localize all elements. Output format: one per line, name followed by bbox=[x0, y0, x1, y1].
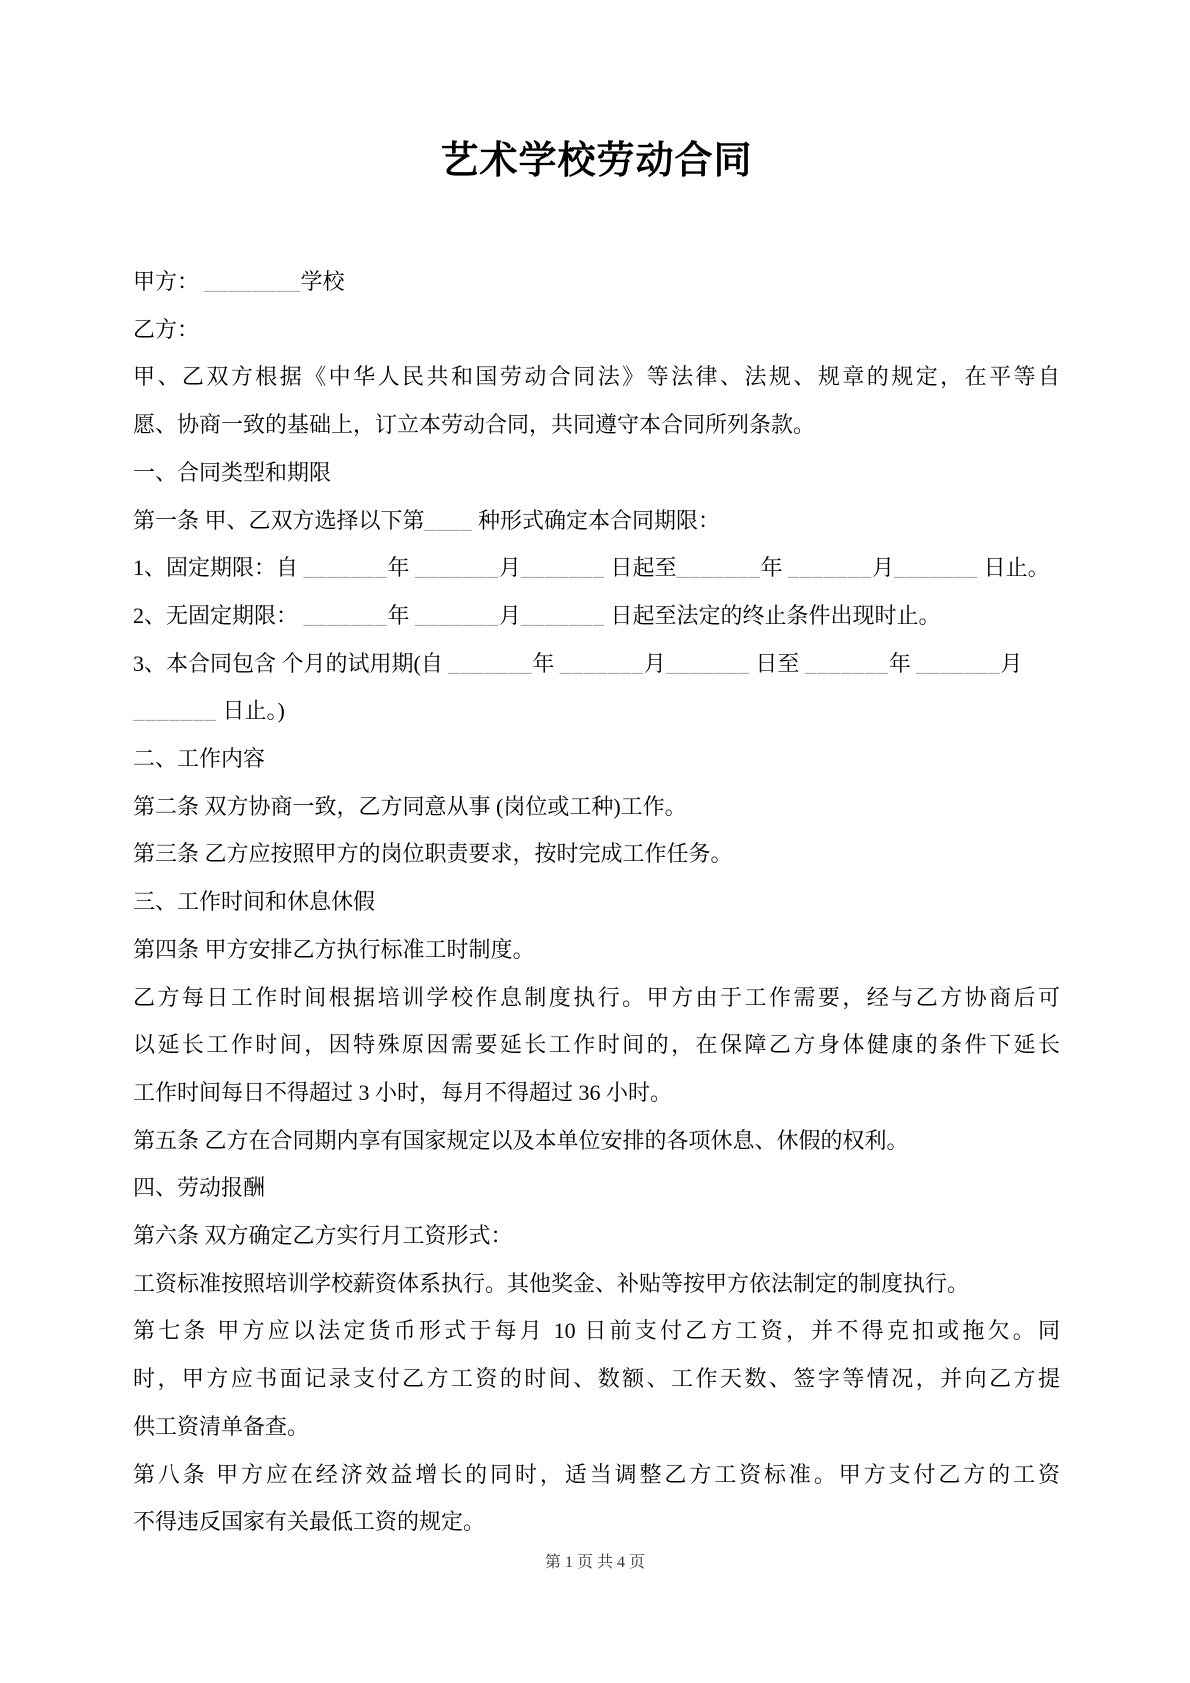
contract-line: 三、工作时间和休息休假 bbox=[133, 878, 1060, 926]
text-run: 甲、乙双方根据《中华人民共和国劳动合同法》等法律、法规、规章的规定，在平等自 bbox=[133, 364, 1060, 389]
text-run: 日止。 bbox=[978, 555, 1050, 580]
text-run: 年 bbox=[889, 651, 917, 676]
text-run: 第四条 甲方安排乙方执行标准工时制度。 bbox=[133, 937, 535, 962]
text-run: 月 bbox=[499, 555, 521, 580]
text-run: 2、无固定期限： bbox=[133, 603, 304, 628]
text-run: 学校 bbox=[301, 269, 345, 294]
text-run: 月 bbox=[1000, 651, 1022, 676]
contract-line: 甲方： ________学校 bbox=[133, 258, 1060, 306]
text-run: 月 bbox=[644, 651, 666, 676]
contract-line: 第六条 双方确定乙方实行月工资形式： bbox=[133, 1212, 1060, 1260]
text-run: 工资标准按照培训学校薪资体系执行。其他奖金、补贴等按甲方依法制定的制度执行。 bbox=[133, 1271, 969, 1296]
text-run: 乙方每日工作时间根据培训学校作息制度执行。甲方由于工作需要，经与乙方协商后可 bbox=[133, 985, 1060, 1010]
contract-line: 3、本合同包含 个月的试用期(自 _______年 _______月______… bbox=[133, 640, 1060, 688]
blank-field: _______ bbox=[805, 651, 889, 676]
text-run: 3、本合同包含 个月的试用期(自 bbox=[133, 651, 448, 676]
blank-field: _______ bbox=[448, 651, 532, 676]
contract-line: 第二条 双方协商一致，乙方同意从事 (岗位或工种)工作。 bbox=[133, 783, 1060, 831]
text-run: 第五条 乙方在合同期内享有国家规定以及本单位安排的各项休息、休假的权利。 bbox=[133, 1128, 909, 1153]
text-run: 年 bbox=[388, 555, 416, 580]
contract-line: 愿、协商一致的基础上，订立本劳动合同，共同遵守本合同所列条款。 bbox=[133, 401, 1060, 449]
contract-line: 第八条 甲方应在经济效益增长的同时，适当调整乙方工资标准。甲方支付乙方的工资 bbox=[133, 1451, 1060, 1499]
contract-line: _______ 日止。) bbox=[133, 687, 1060, 735]
contract-body: 甲方： ________学校乙方：甲、乙双方根据《中华人民共和国劳动合同法》等法… bbox=[133, 258, 1060, 1546]
text-run: 日起至法定的终止条件出现时止。 bbox=[605, 603, 941, 628]
blank-field: _______ bbox=[788, 555, 872, 580]
blank-field: _______ bbox=[677, 555, 761, 580]
contract-line: 不得违反国家有关最低工资的规定。 bbox=[133, 1498, 1060, 1546]
text-run: 第三条 乙方应按照甲方的岗位职责要求，按时完成工作任务。 bbox=[133, 841, 733, 866]
text-run: 日起至 bbox=[605, 555, 677, 580]
text-run: 三、工作时间和休息休假 bbox=[133, 889, 375, 914]
page-title: 艺术学校劳动合同 bbox=[133, 140, 1060, 182]
text-run: 愿、协商一致的基础上，订立本劳动合同，共同遵守本合同所列条款。 bbox=[133, 412, 815, 437]
text-run: 二、工作内容 bbox=[133, 746, 265, 771]
blank-field: _______ bbox=[304, 603, 388, 628]
text-run: 日止。) bbox=[217, 698, 285, 723]
text-run: 时，甲方应书面记录支付乙方工资的时间、数额、工作天数、签字等情况，并向乙方提 bbox=[133, 1366, 1060, 1391]
blank-field: _______ bbox=[521, 603, 605, 628]
text-run: 第一条 甲、乙双方选择以下第 bbox=[133, 508, 425, 533]
blank-field: _______ bbox=[894, 555, 978, 580]
blank-field: ____ bbox=[425, 508, 473, 533]
text-run: 日至 bbox=[750, 651, 805, 676]
text-run: 年 bbox=[761, 555, 789, 580]
blank-field: _______ bbox=[666, 651, 750, 676]
contract-line: 第五条 乙方在合同期内享有国家规定以及本单位安排的各项休息、休假的权利。 bbox=[133, 1117, 1060, 1165]
blank-field: _______ bbox=[415, 555, 499, 580]
text-run: 四、劳动报酬 bbox=[133, 1175, 265, 1200]
text-run: 供工资清单备查。 bbox=[133, 1414, 309, 1439]
text-run: 工作时间每日不得超过 3 小时，每月不得超过 36 小时。 bbox=[133, 1080, 672, 1105]
text-run: 第七条 甲方应以法定货币形式于每月 10 日前支付乙方工资，并不得克扣或拖欠。同 bbox=[133, 1318, 1060, 1343]
contract-line: 工资标准按照培训学校薪资体系执行。其他奖金、补贴等按甲方依法制定的制度执行。 bbox=[133, 1260, 1060, 1308]
contract-line: 2、无固定期限： _______年 _______月_______ 日起至法定的… bbox=[133, 592, 1060, 640]
blank-field: _______ bbox=[304, 555, 388, 580]
contract-line: 第七条 甲方应以法定货币形式于每月 10 日前支付乙方工资，并不得克扣或拖欠。同 bbox=[133, 1307, 1060, 1355]
contract-line: 时，甲方应书面记录支付乙方工资的时间、数额、工作天数、签字等情况，并向乙方提 bbox=[133, 1355, 1060, 1403]
text-run: 乙方： bbox=[133, 317, 199, 342]
text-run: 年 bbox=[532, 651, 560, 676]
text-run: 第八条 甲方应在经济效益增长的同时，适当调整乙方工资标准。甲方支付乙方的工资 bbox=[133, 1462, 1060, 1487]
blank-field: _______ bbox=[521, 555, 605, 580]
text-run: 种形式确定本合同期限： bbox=[473, 508, 721, 533]
contract-line: 一、合同类型和期限 bbox=[133, 449, 1060, 497]
text-run: 第二条 双方协商一致，乙方同意从事 (岗位或工种)工作。 bbox=[133, 794, 687, 819]
contract-line: 以延长工作时间，因特殊原因需要延长工作时间的，在保障乙方身体健康的条件下延长 bbox=[133, 1021, 1060, 1069]
text-run: 第六条 双方确定乙方实行月工资形式： bbox=[133, 1223, 513, 1248]
blank-field: ________ bbox=[205, 269, 301, 294]
contract-line: 乙方： bbox=[133, 306, 1060, 354]
text-run: 不得违反国家有关最低工资的规定。 bbox=[133, 1509, 485, 1534]
text-run: 月 bbox=[499, 603, 521, 628]
blank-field: _______ bbox=[133, 698, 217, 723]
blank-field: _______ bbox=[560, 651, 644, 676]
blank-field: _______ bbox=[415, 603, 499, 628]
contract-line: 1、固定期限：自 _______年 _______月_______ 日起至___… bbox=[133, 544, 1060, 592]
contract-line: 第三条 乙方应按照甲方的岗位职责要求，按时完成工作任务。 bbox=[133, 830, 1060, 878]
text-run: 1、固定期限：自 bbox=[133, 555, 304, 580]
contract-line: 二、工作内容 bbox=[133, 735, 1060, 783]
page-number-footer: 第 1 页 共 4 页 bbox=[0, 1552, 1190, 1574]
contract-line: 乙方每日工作时间根据培训学校作息制度执行。甲方由于工作需要，经与乙方协商后可 bbox=[133, 974, 1060, 1022]
contract-page: 艺术学校劳动合同 甲方： ________学校乙方：甲、乙双方根据《中华人民共和… bbox=[0, 0, 1190, 1683]
text-run: 年 bbox=[388, 603, 416, 628]
contract-line: 四、劳动报酬 bbox=[133, 1164, 1060, 1212]
text-run: 以延长工作时间，因特殊原因需要延长工作时间的，在保障乙方身体健康的条件下延长 bbox=[133, 1032, 1060, 1057]
text-run: 甲方： bbox=[133, 269, 205, 294]
contract-line: 工作时间每日不得超过 3 小时，每月不得超过 36 小时。 bbox=[133, 1069, 1060, 1117]
text-run: 一、合同类型和期限 bbox=[133, 460, 331, 485]
text-run: 月 bbox=[872, 555, 894, 580]
contract-line: 第四条 甲方安排乙方执行标准工时制度。 bbox=[133, 926, 1060, 974]
contract-line: 第一条 甲、乙双方选择以下第____ 种形式确定本合同期限： bbox=[133, 497, 1060, 545]
contract-line: 供工资清单备查。 bbox=[133, 1403, 1060, 1451]
contract-line: 甲、乙双方根据《中华人民共和国劳动合同法》等法律、法规、规章的规定，在平等自 bbox=[133, 353, 1060, 401]
blank-field: _______ bbox=[916, 651, 1000, 676]
